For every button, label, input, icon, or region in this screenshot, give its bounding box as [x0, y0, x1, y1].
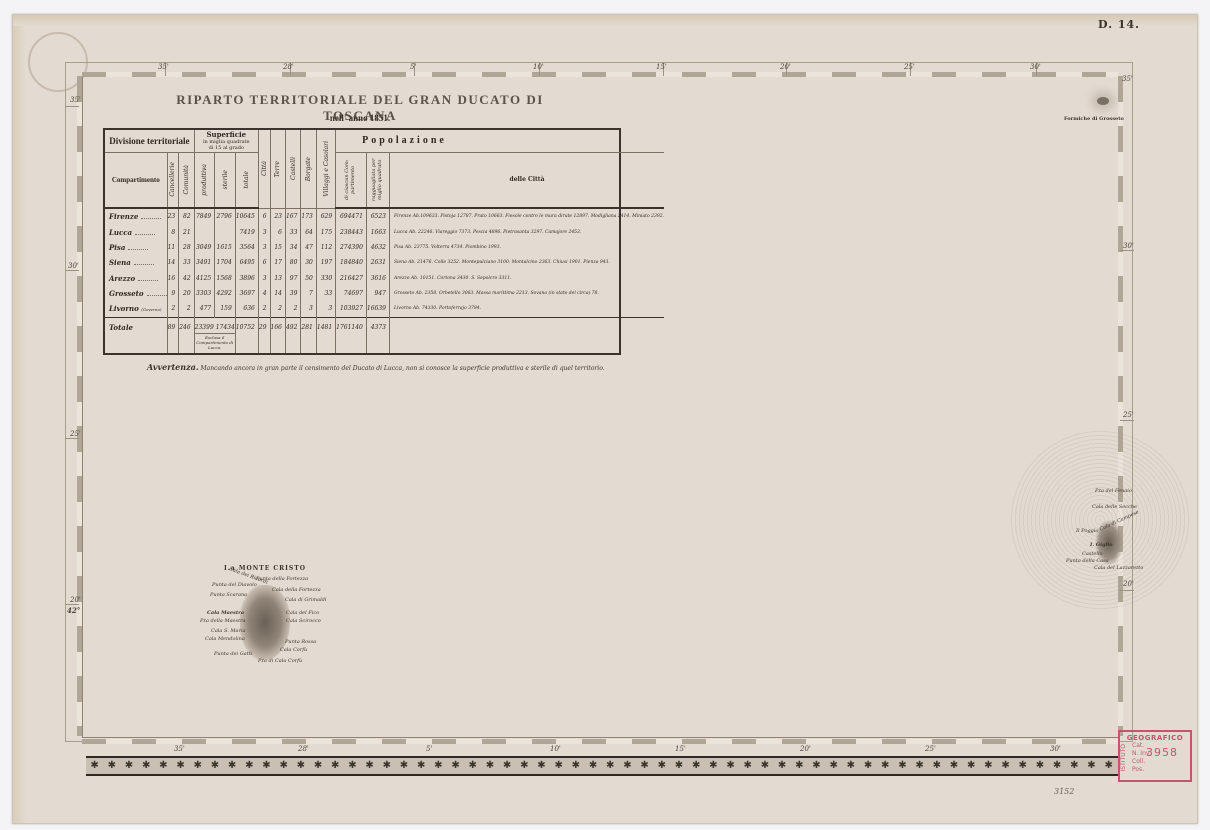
table-row: Livorno (Governo) 22 477159636 22233 103… — [105, 301, 664, 317]
archive-stamp: GEOGRAFICO ISTITUTO Cat. N. Inv. Coll. P… — [1118, 730, 1192, 782]
avvertenza-text: Mancando ancora in gran parte il censime… — [201, 365, 605, 372]
rosette-icon: ✱ — [142, 761, 150, 771]
tick-bottom: 35' — [174, 745, 185, 753]
stamp-side-text: ISTITUTO — [1120, 744, 1127, 771]
tick-top: 15' — [656, 63, 667, 71]
statistics-table: Divisione territoriale Superficie in mig… — [103, 128, 621, 355]
rosette-icon: ✱ — [967, 761, 975, 771]
header-compartimento: Compartimento — [105, 152, 167, 208]
giglio-place-label: Punta della Casa — [1066, 558, 1109, 564]
montecristo-place-label: P.ta di Cala Corfù — [258, 658, 302, 664]
header-terre: Terre — [270, 130, 285, 208]
rosette-icon: ✱ — [245, 761, 253, 771]
rosette-icon: ✱ — [984, 761, 992, 771]
page-subtitle: nell' anno 1851. — [140, 113, 580, 123]
rosette-icon: ✱ — [1087, 761, 1095, 771]
tick-left: 30' — [68, 262, 79, 270]
rosette-icon: ✱ — [950, 761, 958, 771]
header-produttiva: produttiva — [194, 152, 215, 208]
rosette-icon: ✱ — [847, 761, 855, 771]
rosette-icon: ✱ — [572, 761, 580, 771]
rosette-icon: ✱ — [709, 761, 717, 771]
rosette-icon: ✱ — [898, 761, 906, 771]
montecristo-place-label: Cala di Grimaldi — [285, 597, 326, 603]
tick-line — [65, 270, 79, 271]
montecristo-place-label: Punta Rossa — [285, 639, 316, 645]
rosette-icon: ✱ — [812, 761, 820, 771]
rosette-icon: ✱ — [469, 761, 477, 771]
tick-right: 35' — [1122, 75, 1133, 83]
table-row: Firenze 2382 7849279610645 623167173629 … — [105, 208, 664, 225]
tick-left-degree: 42° — [67, 606, 80, 615]
tick-bottom: 15' — [675, 745, 686, 753]
rosette-icon: ✱ — [744, 761, 752, 771]
rosette-icon: ✱ — [829, 761, 837, 771]
rosette-icon: ✱ — [279, 761, 287, 771]
tick-top: 10' — [533, 63, 544, 71]
rosette-icon: ✱ — [915, 761, 923, 771]
table-total-row: Totale 89 246 23399 17434 Esclusa il Com… — [105, 317, 664, 353]
rosette-icon: ✱ — [589, 761, 597, 771]
rosette-icon: ✱ — [451, 761, 459, 771]
table-row: Pisa 1128 304916153564 3153447112 274390… — [105, 240, 664, 255]
rosette-icon: ✱ — [365, 761, 373, 771]
rosette-icon: ✱ — [778, 761, 786, 771]
handwritten-inventory-mark: 3152 — [1054, 787, 1074, 796]
header-surface: Superficie in miglia quadrate di 15 al g… — [194, 130, 258, 152]
header-pop-miglio: ragguagliata per miglio quadrato — [366, 152, 389, 208]
rosette-icon: ✱ — [331, 761, 339, 771]
montecristo-place-label: Punta Scarana — [210, 592, 247, 598]
tick-bottom: 10' — [550, 745, 561, 753]
graticule-scale-bottom — [82, 739, 1118, 744]
rosette-icon: ✱ — [176, 761, 184, 771]
rosette-icon: ✱ — [640, 761, 648, 771]
header-cancellerie: Cancellerie — [167, 152, 179, 208]
rosette-icon: ✱ — [658, 761, 666, 771]
rosette-icon: ✱ — [400, 761, 408, 771]
stamp-row: Coll. — [1120, 758, 1190, 766]
rosette-icon: ✱ — [1053, 761, 1061, 771]
rosette-icon: ✱ — [348, 761, 356, 771]
stamp-title: GEOGRAFICO — [1120, 734, 1190, 742]
formiche-islet — [1097, 97, 1109, 105]
montecristo-place-label: Cala Corfù — [280, 647, 307, 653]
montecristo-place-label: Punta del Diavolo — [212, 582, 257, 588]
giglio-place-label: P.ta del Fenaio — [1095, 488, 1132, 494]
graticule-scale-left — [77, 76, 82, 736]
rosette-icon: ✱ — [726, 761, 734, 771]
tick-line — [65, 106, 79, 107]
table-row: Arezzo 1642 412515683896 3139750330 2164… — [105, 271, 664, 286]
rosette-icon: ✱ — [795, 761, 803, 771]
rosette-icon: ✱ — [881, 761, 889, 771]
rosette-icon: ✱ — [125, 761, 133, 771]
rosette-icon: ✱ — [675, 761, 683, 771]
avvertenza-note: Avvertenza. Mancando ancora in gran part… — [147, 362, 605, 372]
tick-bottom: 5' — [426, 745, 432, 753]
rosette-icon: ✱ — [486, 761, 494, 771]
montecristo-place-label: Cala Maestra — [207, 610, 244, 616]
montecristo-place-label: Cala Scirocco — [286, 618, 321, 624]
rosette-icon: ✱ — [1019, 761, 1027, 771]
tick-line — [65, 438, 79, 439]
rosette-icon: ✱ — [314, 761, 322, 771]
header-pop-citta: delle Città — [389, 152, 664, 208]
tick-left: 25' — [70, 430, 81, 438]
rosette-icon: ✱ — [1036, 761, 1044, 771]
rosette-icon: ✱ — [537, 761, 545, 771]
avvertenza-label: Avvertenza. — [147, 362, 199, 372]
rosette-icon: ✱ — [383, 761, 391, 771]
sheet-label: D. 14. — [1098, 18, 1140, 31]
tick-line — [1120, 420, 1134, 421]
table-row: Grosseto 920 330342923697 41439733 74697… — [105, 286, 664, 301]
table-row: Siena 1433 349117046495 6178030197 18484… — [105, 255, 664, 270]
header-sterile: sterile — [215, 152, 236, 208]
montecristo-place-label: Cala della Fortezza — [272, 587, 321, 593]
tick-left: 35' — [70, 96, 81, 104]
table-row: Lucca 821 7419 363364175 2384431663 Lucc… — [105, 225, 664, 240]
header-division: Divisione territoriale — [105, 130, 194, 152]
giglio-place-label: Il Poggio — [1076, 528, 1098, 534]
rosette-icon: ✱ — [194, 761, 202, 771]
rosette-icon: ✱ — [90, 761, 98, 771]
rosette-icon: ✱ — [503, 761, 511, 771]
tick-top: 28' — [283, 63, 294, 71]
formiche-label: Formiche di Grosseto — [1064, 116, 1124, 122]
montecristo-place-label: Punta della Fortezza — [256, 576, 308, 582]
stamp-inventory-number: 3958 — [1146, 746, 1178, 759]
header-borgate: Borgate — [301, 130, 316, 208]
giglio-place-label: Castello — [1082, 551, 1103, 557]
rosette-icon: ✱ — [554, 761, 562, 771]
rosette-icon: ✱ — [211, 761, 219, 771]
tick-line — [65, 604, 79, 605]
tick-right: 25' — [1123, 411, 1134, 419]
stamp-row: Pos. — [1120, 766, 1190, 774]
decorative-ornament-band: ✱✱✱✱✱✱✱✱✱✱✱✱✱✱✱✱✱✱✱✱✱✱✱✱✱✱✱✱✱✱✱✱✱✱✱✱✱✱✱✱… — [86, 756, 1118, 776]
tick-top: 35' — [158, 63, 169, 71]
giglio-place-label: I. Giglio — [1090, 542, 1113, 548]
rosette-icon: ✱ — [228, 761, 236, 771]
header-surface-title: Superficie — [206, 130, 246, 139]
tick-line — [1120, 250, 1134, 251]
rosette-icon: ✱ — [933, 761, 941, 771]
tick-top: 20' — [780, 63, 791, 71]
header-surface-sub1: in miglia quadrate — [195, 139, 258, 145]
header-population: Popolazione — [336, 130, 664, 152]
rosette-icon: ✱ — [864, 761, 872, 771]
tick-bottom: 25' — [925, 745, 936, 753]
rosette-icon: ✱ — [108, 761, 116, 771]
rosette-icon: ✱ — [1001, 761, 1009, 771]
header-comunita: Comunità — [179, 152, 194, 208]
rosette-icon: ✱ — [434, 761, 442, 771]
header-castelli: Castelli — [285, 130, 300, 208]
rosette-icon: ✱ — [417, 761, 425, 771]
tick-right: 30' — [1123, 242, 1134, 250]
graticule-scale-right — [1118, 76, 1123, 736]
rosette-icon: ✱ — [606, 761, 614, 771]
tick-top: 25' — [904, 63, 915, 71]
tick-top: 30' — [1030, 63, 1041, 71]
tick-top: 5' — [410, 63, 416, 71]
montecristo-place-label: Cala Mendolina — [205, 636, 245, 642]
graticule-scale-top — [82, 72, 1118, 77]
rosette-icon: ✱ — [1070, 761, 1078, 771]
tick-bottom: 28' — [298, 745, 309, 753]
rosette-icon: ✱ — [159, 761, 167, 771]
rosette-icon: ✱ — [520, 761, 528, 771]
rosette-icon: ✱ — [262, 761, 270, 771]
tick-bottom: 30' — [1050, 745, 1061, 753]
header-citta: Città — [258, 130, 270, 208]
total-note: Esclusa il Compartimento di Lucca. — [195, 333, 235, 350]
header-pop-compartimento: di ciascun Com: partimento — [336, 152, 367, 208]
montecristo-place-label: P.ta della Maestra — [200, 618, 245, 624]
giglio-place-label: Cala delle Secche — [1092, 504, 1137, 510]
montecristo-place-label: Punta dei Gatti — [214, 651, 252, 657]
rosette-icon: ✱ — [623, 761, 631, 771]
montecristo-place-label: Cala del Fico — [286, 610, 319, 616]
rosette-icon: ✱ — [761, 761, 769, 771]
tick-left: 20' — [70, 596, 81, 604]
header-totale: totale — [235, 152, 258, 208]
rosette-icon: ✱ — [1104, 761, 1112, 771]
rosette-icon: ✱ — [692, 761, 700, 771]
tick-bottom: 20' — [800, 745, 811, 753]
giglio-place-label: Cala del Lazzaretto — [1094, 565, 1143, 571]
rosette-icon: ✱ — [297, 761, 305, 771]
montecristo-place-label: Cala S. Maria — [211, 628, 245, 634]
header-villaggi: Villaggi e Casolari — [316, 130, 335, 208]
header-surface-sub2: di 15 al grado — [195, 145, 258, 151]
